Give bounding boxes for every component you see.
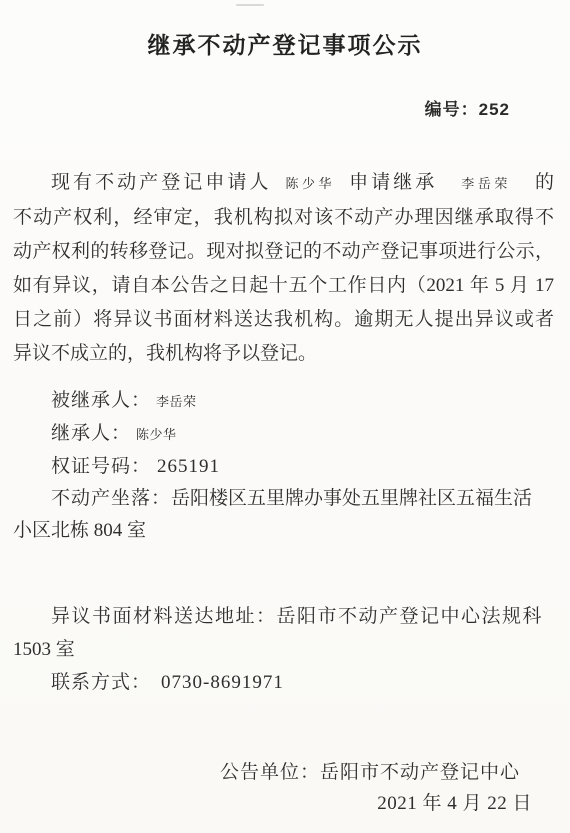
body-text-pre-applicant: 现有不动产登记申请人 xyxy=(51,172,271,193)
decedent-name-inline: 李岳荣 xyxy=(461,176,511,191)
field-heir-label: 继承人： xyxy=(51,423,131,444)
issue-date: 2021 年 4 月 22 日 xyxy=(377,789,532,819)
body-line-5: 日之前）将异议书面材料送达我机构。逾期无人提出异议或者 xyxy=(13,303,554,337)
field-heir: 继承人：陈少华 xyxy=(13,418,554,451)
body-text-mid: 申请继承 xyxy=(349,172,437,193)
doc-number-value: 252 xyxy=(479,100,510,119)
objection-address-line2: 1503 室 xyxy=(13,633,554,666)
field-certificate-label: 权证号码： xyxy=(51,456,151,477)
objection-section: 异议书面材料送达地址：岳阳市不动产登记中心法规科 1503 室 联系方式：073… xyxy=(13,600,554,699)
contact-line: 联系方式：0730-8691971 xyxy=(13,666,554,699)
field-location-value-line1: 岳阳楼区五里牌办事处五里牌社区五福生活 xyxy=(171,488,532,509)
body-line-2: 不动产权利，经审定，我机构拟对该不动产办理因继承取得不 xyxy=(13,201,554,235)
field-decedent: 被继承人：李岳荣 xyxy=(13,385,554,418)
notice-title: 继承不动产登记事项公示 xyxy=(0,27,570,60)
scan-artifact xyxy=(236,4,264,6)
objection-address-line1: 异议书面材料送达地址：岳阳市不动产登记中心法规科 xyxy=(13,600,554,633)
doc-number: 编号：252 xyxy=(425,95,510,120)
doc-number-label: 编号： xyxy=(425,100,479,119)
body-line-3: 动产权利的转移登记。现对拟登记的不动产登记事项进行公示， xyxy=(13,235,554,269)
field-property-location-wrap: 小区北栋 804 室 xyxy=(13,515,554,547)
body-line-6: 异议不成立的，我机构将予以登记。 xyxy=(13,337,554,371)
applicant-name: 陈少华 xyxy=(285,176,335,191)
field-certificate-number: 权证号码：265191 xyxy=(13,451,554,483)
body-line-4: 如有异议，请自本公告之日起十五个工作日内（2021 年 5 月 17 xyxy=(13,269,554,303)
field-certificate-value: 265191 xyxy=(157,456,220,477)
notice-document: 继承不动产登记事项公示 编号：252 现有不动产登记申请人陈少华申请继承李岳荣的… xyxy=(0,0,570,833)
body-text-post: 的 xyxy=(535,172,554,193)
body-line-1: 现有不动产登记申请人陈少华申请继承李岳荣的 xyxy=(13,166,554,201)
field-heir-value: 陈少华 xyxy=(136,427,177,442)
notice-body: 现有不动产登记申请人陈少华申请继承李岳荣的 不动产权利，经审定，我机构拟对该不动… xyxy=(13,166,554,371)
field-decedent-label: 被继承人： xyxy=(51,390,151,411)
field-decedent-value: 李岳荣 xyxy=(156,394,197,409)
issuing-unit: 公告单位：岳阳市不动产登记中心 xyxy=(220,758,520,788)
contact-phone-number: 0730-8691971 xyxy=(161,672,284,693)
contact-label: 联系方式： xyxy=(51,672,151,693)
field-property-location: 不动产坐落：岳阳楼区五里牌办事处五里牌社区五福生活 xyxy=(13,483,554,515)
field-location-label: 不动产坐落： xyxy=(51,488,171,509)
details-section: 被继承人：李岳荣 继承人：陈少华 权证号码：265191 不动产坐落：岳阳楼区五… xyxy=(13,385,554,547)
